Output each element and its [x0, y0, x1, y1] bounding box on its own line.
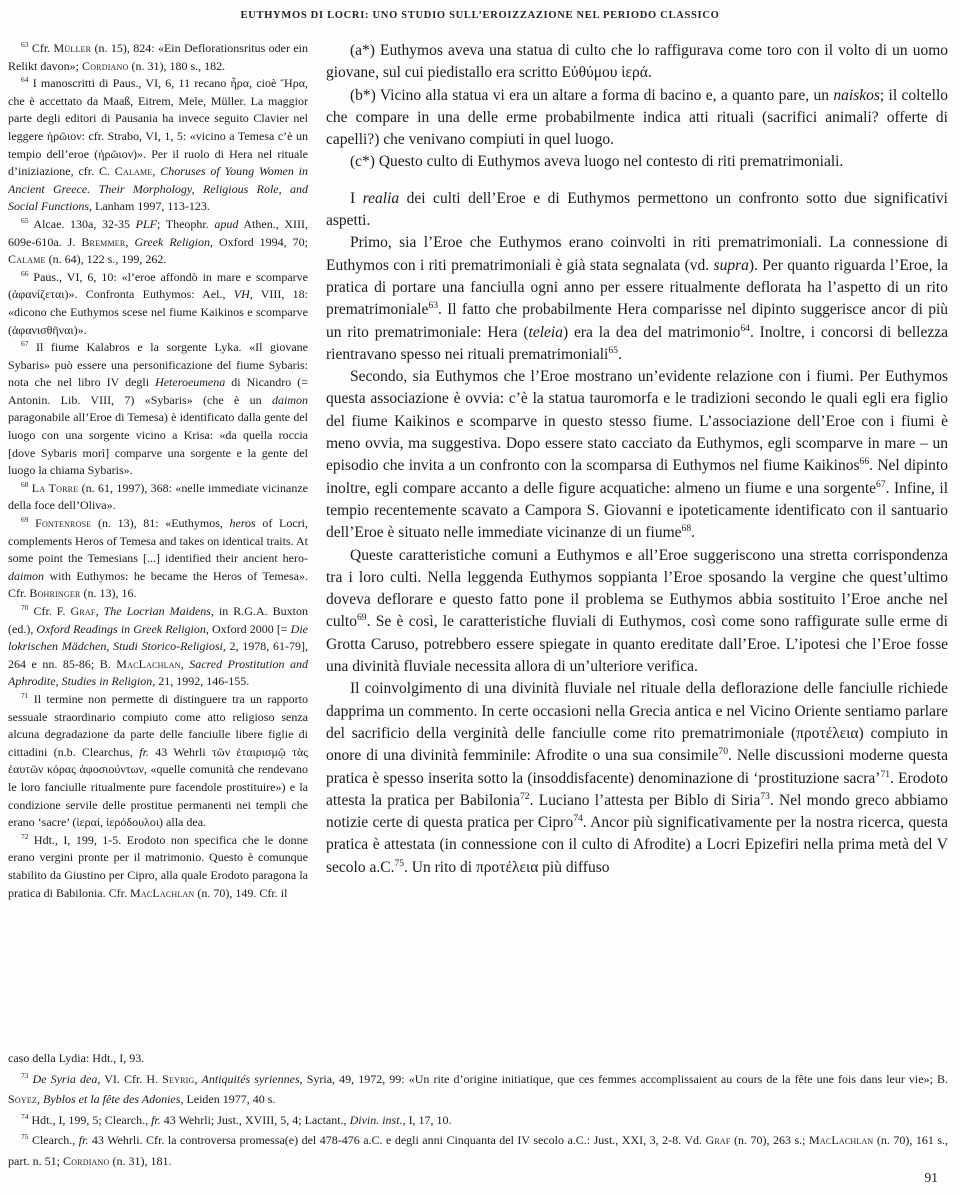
footnote-number: 63 [21, 40, 28, 49]
text-run: Fontenrose [35, 516, 91, 530]
paragraph-5: Primo, sia l’Eroe che Euthymos erano coi… [326, 232, 948, 366]
text-run: PLF [136, 217, 157, 231]
paragraph-4: I realia dei culti dell’Eroe e di Euthym… [326, 188, 948, 233]
text-run: Soyez [8, 1092, 37, 1106]
two-column-layout: 63 Cfr. Müller (n. 15), 824: «Ein Deflor… [8, 40, 948, 1048]
paragraph-8: Il coinvolgimento di una divinità fluvia… [326, 678, 948, 879]
text-run: 43 Wehrli; Just., XVIII, 5, 4; Lactant., [161, 1113, 350, 1127]
text-run: (n. 70), 149. Cfr. il [194, 886, 287, 900]
text-run: . Luciano l’attesta per Biblo di Siria [530, 792, 761, 809]
text-run: ) era la dea del matrimonio [563, 324, 740, 341]
text-run: dei culti dell’Eroe e di Euthymos permet… [326, 190, 948, 229]
text-run: (n. 13), 16. [80, 586, 136, 600]
footnote-66: 66 Paus., VI, 6, 10: «l’eroe affondò in … [8, 269, 308, 339]
footnote-71: 71 Il termine non permette di distinguer… [8, 691, 308, 832]
text-run: Oxford Readings in Greek Religion [36, 622, 205, 636]
text-run: The Locrian Maidens [104, 604, 211, 618]
footnote-72: 72 Hdt., I, 199, 1-5. Erodoto non specif… [8, 832, 308, 902]
footnote-number: 75 [21, 1132, 28, 1141]
text-run: paragonabile all’Eroe di Temesa) è ident… [8, 410, 308, 477]
text-run: Cordiano [82, 59, 129, 73]
text-run: Cordiano [63, 1154, 110, 1168]
bottom-footnotes: caso della Lydia: Hdt., I, 93. 73 De Syr… [8, 1048, 948, 1171]
text-run: Graf [71, 604, 96, 618]
left-footnotes: 63 Cfr. Müller (n. 15), 824: «Ein Deflor… [8, 40, 308, 1048]
main-text: (a*) Euthymos aveva una statua di culto … [326, 40, 948, 879]
text-run: MacLachlan [130, 886, 194, 900]
footnote-ref: 75 [394, 858, 404, 869]
text-run: (c*) Questo culto di Euthymos aveva luog… [350, 153, 843, 170]
text-run: Bremmer [81, 235, 125, 249]
text-run: Graf [706, 1133, 731, 1147]
text-run: Calame [115, 164, 153, 178]
text-run: Seyrig [162, 1072, 194, 1086]
footnote-ref: 72 [520, 791, 530, 802]
text-run: (n. 31), 181. [110, 1154, 172, 1168]
footnote-number: 69 [21, 515, 28, 524]
paper-page: EUTHYMOS DI LOCRI: UNO STUDIO SULL’EROIZ… [0, 0, 960, 1195]
continuation-line: caso della Lydia: Hdt., I, 93. [8, 1048, 948, 1069]
footnote-ref: 73 [760, 791, 770, 802]
text-run: Divin. inst. [350, 1113, 403, 1127]
text-run: daimon [272, 393, 308, 407]
text-run: , Oxford 2000 [= [206, 622, 291, 636]
text-run: . [618, 346, 622, 363]
text-run: fr. [139, 745, 149, 759]
text-run: . Un rito di προτέλεια più diffuso [404, 859, 609, 876]
text-run: , [194, 1072, 201, 1086]
text-run: , I, 17, 10. [403, 1113, 452, 1127]
footnote-73: 73 De Syria dea, VI. Cfr. H. Seyrig, Ant… [8, 1069, 948, 1110]
text-run: Heteroeumena [155, 375, 225, 389]
text-run: , VI. Cfr. H. [97, 1072, 162, 1086]
footnote-ref: 66 [860, 456, 870, 467]
footnote-ref: 63 [428, 300, 438, 311]
text-run: De Syria dea [33, 1072, 98, 1086]
footnote-68: 68 La Torre (n. 61, 1997), 368: «nelle i… [8, 480, 308, 515]
text-run: (b*) Vicino alla statua vi era un altare… [350, 87, 833, 104]
text-run: , Leiden 1977, 40 s. [180, 1092, 275, 1106]
footnote-ref: 64 [740, 322, 750, 333]
text-run: Müller [54, 41, 92, 55]
text-run: I [350, 190, 363, 207]
text-run: . Se è così, le caratteristiche fluviali… [326, 613, 948, 675]
text-run: , Oxford 1994, 70; [210, 235, 308, 249]
text-run: , [181, 657, 190, 671]
footnote-ref: 71 [880, 768, 890, 779]
footnote-67: 67 Il fiume Kalabros e la sorgente Lyka.… [8, 339, 308, 480]
paragraph-7: Queste caratteristiche comuni a Euthymos… [326, 545, 948, 679]
footnote-74: 74 Hdt., I, 199, 5; Clearch., fr. 43 Weh… [8, 1110, 948, 1131]
footnote-number: 71 [21, 691, 28, 700]
text-run: naiskos [833, 87, 880, 104]
text-run: heros [230, 516, 256, 530]
text-run: . [691, 524, 695, 541]
paragraph-2: (b*) Vicino alla statua vi era un altare… [326, 85, 948, 152]
text-run: La Torre [32, 481, 79, 495]
text-run: supra [714, 257, 749, 274]
text-run: daimon [8, 569, 44, 583]
footnote-number: 70 [21, 603, 28, 612]
footnote-number: 72 [21, 832, 28, 841]
footnote-ref: 68 [682, 523, 692, 534]
text-run: Studies in Religion [62, 674, 153, 688]
footnote-ref: 70 [718, 746, 728, 757]
footnote-70: 70 Cfr. F. Graf, The Locrian Maidens, in… [8, 603, 308, 691]
footnote-64: 64 I manoscritti di Paus., VI, 6, 11 rec… [8, 75, 308, 216]
footnote-ref: 65 [608, 345, 618, 356]
text-run: Clearch., [32, 1133, 79, 1147]
page-header-title: EUTHYMOS DI LOCRI: UNO STUDIO SULL’EROIZ… [0, 10, 960, 21]
text-run: fr. [79, 1133, 89, 1147]
footnote-number: 67 [21, 339, 28, 348]
footnote-ref: 69 [357, 612, 367, 623]
footnote-75: 75 Clearch., fr. 43 Wehrli. Cfr. la cont… [8, 1130, 948, 1171]
text-run: (n. 13), 81: «Euthymos, [91, 516, 229, 530]
text-run: Byblos et la fête des Adonies [43, 1092, 180, 1106]
text-run: Bohringer [29, 586, 80, 600]
text-run: MacLachlan [809, 1133, 873, 1147]
footnote-65: 65 Alcae. 130a, 32-35 PLF; Theophr. apud… [8, 216, 308, 269]
text-run: (n. 64), 122 s., 199, 262. [46, 252, 167, 266]
text-run: Hdt., I, 199, 5; Clearch., [31, 1113, 151, 1127]
text-run: ; Theophr. [157, 217, 214, 231]
text-run: , Lanham 1997, 113-123. [89, 199, 210, 213]
bottom-footnotes-list: 73 De Syria dea, VI. Cfr. H. Seyrig, Ant… [8, 1069, 948, 1172]
text-run: Cfr. [32, 41, 54, 55]
text-run: realia [363, 190, 399, 207]
footnote-69: 69 Fontenrose (n. 13), 81: «Euthymos, he… [8, 515, 308, 603]
text-run: teleia [529, 324, 563, 341]
text-run: Secondo, sia Euthymos che l’Eroe mostran… [326, 368, 948, 474]
footnote-number: 65 [21, 216, 28, 225]
footnote-63: 63 Cfr. Müller (n. 15), 824: «Ein Deflor… [8, 40, 308, 75]
footnote-ref: 74 [573, 813, 583, 824]
footnote-number: 73 [21, 1071, 28, 1080]
paragraph-6: Secondo, sia Euthymos che l’Eroe mostran… [326, 366, 948, 544]
text-run: Studi Storico-Religiosi [113, 639, 223, 653]
text-run: Greek Religion [134, 235, 210, 249]
text-run: (n. 31), 180 s., 182. [129, 59, 226, 73]
footnote-number: 64 [21, 75, 28, 84]
text-run: VH [234, 287, 250, 301]
text-run: I manoscritti di Paus., VI, 6, 11 recano… [8, 76, 308, 178]
footnote-number: 66 [21, 269, 28, 278]
text-run: apud [214, 217, 238, 231]
text-run: Antiquités syriennes [202, 1072, 300, 1086]
paragraph-3: (c*) Questo culto di Euthymos aveva luog… [326, 151, 948, 173]
text-run: (n. 70), 263 s.; [731, 1133, 809, 1147]
footnote-number: 74 [21, 1112, 28, 1121]
text-run: Cfr. F. [33, 604, 70, 618]
paragraph-1: (a*) Euthymos aveva una statua di culto … [326, 40, 948, 85]
text-run: Calame [8, 252, 46, 266]
text-run: , [96, 604, 104, 618]
text-run: fr. [151, 1113, 161, 1127]
text-run: , Syria, 49, 1972, 99: «Un rite d’origin… [300, 1072, 948, 1086]
text-run: Alcae. 130a, 32-35 [33, 217, 135, 231]
footnote-ref: 67 [876, 478, 886, 489]
page-number: 91 [925, 1170, 939, 1186]
text-run: MacLachlan [116, 657, 180, 671]
footnote-number: 68 [21, 480, 28, 489]
text-run: (a*) Euthymos aveva una statua di culto … [326, 42, 948, 81]
text-run: , 21, 1992, 146-155. [152, 674, 249, 688]
text-run: 43 Wehrli. Cfr. la controversa promessa(… [88, 1133, 705, 1147]
